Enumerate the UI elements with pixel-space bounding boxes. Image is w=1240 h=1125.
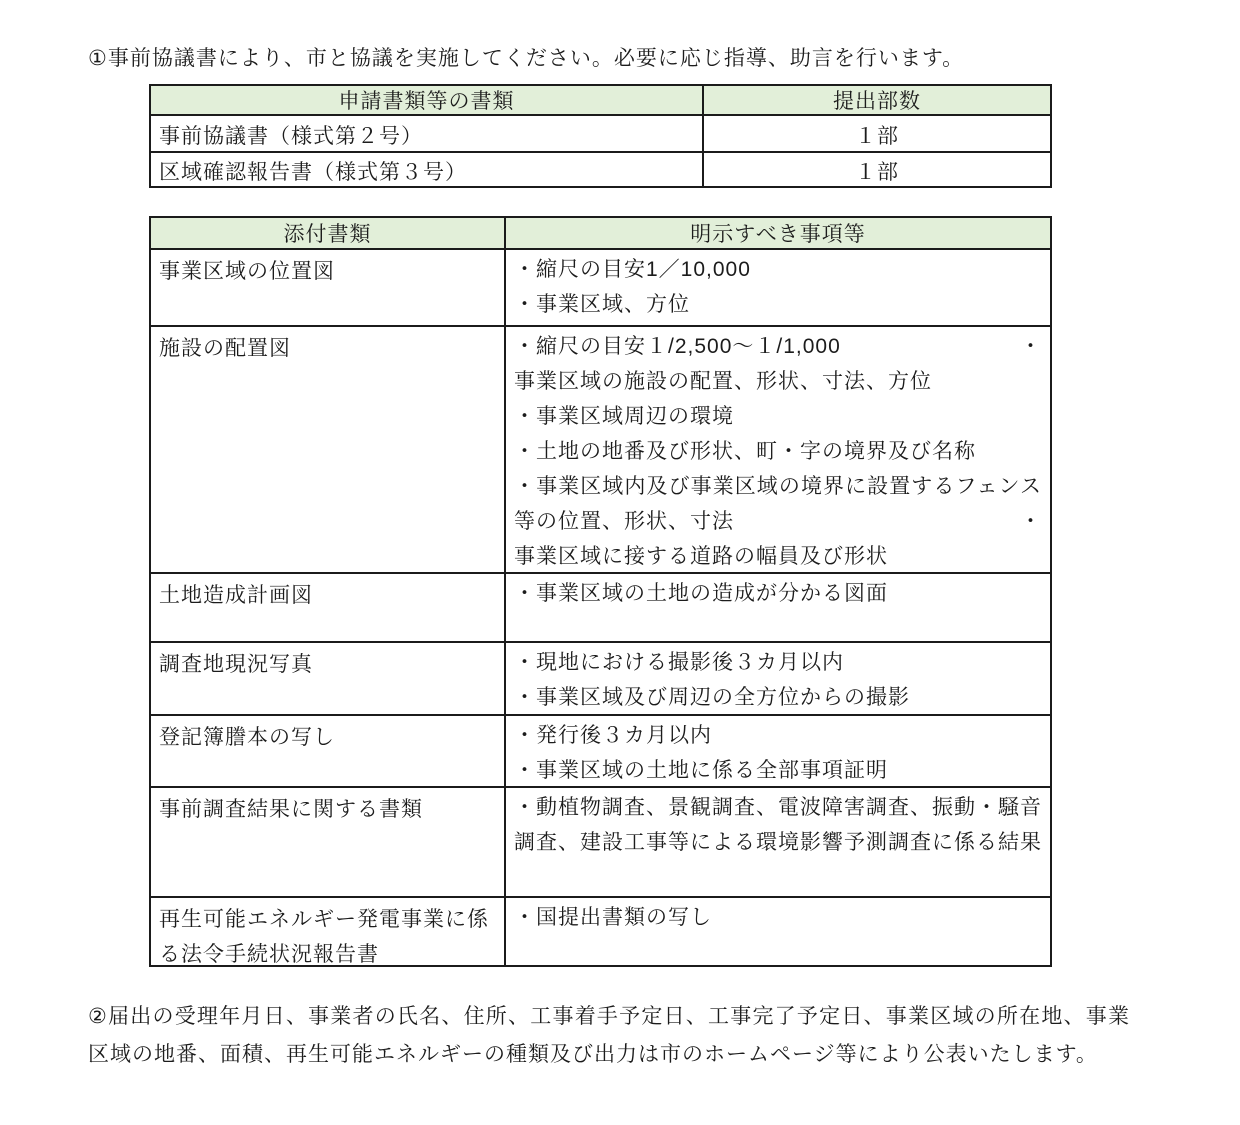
item-line: ・発行後３カ月以内 (514, 718, 1042, 753)
item-line: 等の位置、形状、寸法 ・ (514, 504, 1042, 539)
item-text: ・縮尺の目安１/2,500～１/1,000 (514, 329, 841, 364)
item-line: ・事業区域、方位 (514, 287, 1042, 322)
notice-line-1: ②届出の受理年月日、事業者の氏名、住所、工事着手予定日、工事完了予定日、事業区域… (88, 998, 1130, 1036)
table-cell-attachment-name: 土地造成計画図 (151, 574, 504, 643)
notice-line-2: 区域の地番、面積、再生可能エネルギーの種類及び出力は市のホームページ等により公表… (88, 1036, 1130, 1074)
table-cell-items: ・事業区域の土地の造成が分かる図面 (504, 574, 1050, 643)
item-line: ・国提出書類の写し (514, 900, 1042, 935)
column-header-attachment: 添付書類 (151, 218, 504, 250)
table-cell-items: ・縮尺の目安1／10,000 ・事業区域、方位 (504, 250, 1050, 327)
submission-documents-table: 申請書類等の書類 提出部数 事前協議書（様式第２号） １部 区域確認報告書（様式… (149, 84, 1052, 188)
document-page: ①事前協議書により、市と協議を実施してください。必要に応じ指導、助言を行います。… (0, 0, 1240, 1125)
column-header-copies: 提出部数 (702, 86, 1050, 116)
item-line: ・土地の地番及び形状、町・字の境界及び名称 (514, 434, 1042, 469)
table-cell-copies: １部 (702, 116, 1050, 153)
wrapped-bullet: ・ (1020, 504, 1042, 539)
table-cell-attachment-name: 登記簿謄本の写し (151, 716, 504, 788)
wrapped-bullet: ・ (1020, 329, 1042, 364)
table-cell-items: ・現地における撮影後３カ月以内 ・事業区域及び周辺の全方位からの撮影 (504, 643, 1050, 716)
table-cell-copies: １部 (702, 153, 1050, 186)
item-line: ・縮尺の目安１/2,500～１/1,000 ・ (514, 329, 1042, 364)
attachment-name: 調査地現況写真 (159, 645, 496, 682)
table-cell-items: ・国提出書類の写し (504, 898, 1050, 965)
column-header-document: 申請書類等の書類 (151, 86, 702, 116)
attachment-documents-table: 添付書類 明示すべき事項等 事業区域の位置図 ・縮尺の目安1／10,000 ・事… (149, 216, 1052, 967)
table-cell-document: 区域確認報告書（様式第３号） (151, 153, 702, 186)
table-cell-document: 事前協議書（様式第２号） (151, 116, 702, 153)
attachment-name: 施設の配置図 (159, 329, 496, 366)
table-cell-items: ・縮尺の目安１/2,500～１/1,000 ・ 事業区域の施設の配置、形状、寸法… (504, 327, 1050, 574)
attachment-name: 登記簿謄本の写し (159, 718, 496, 755)
table-cell-attachment-name: 再生可能エネルギー発電事業に係る法令手続状況報告書 (151, 898, 504, 965)
item-line: ・事業区域の土地に係る全部事項証明 (514, 753, 1042, 788)
column-header-items: 明示すべき事項等 (504, 218, 1050, 250)
item-line: ・事業区域及び周辺の全方位からの撮影 (514, 680, 1042, 715)
item-line: 事業区域の施設の配置、形状、寸法、方位 (514, 364, 1042, 399)
item-line: ・縮尺の目安1／10,000 (514, 252, 1042, 287)
table-cell-items: ・動植物調査、景観調査、電波障害調査、振動・騒音 調査、建設工事等による環境影響… (504, 788, 1050, 898)
item-line: ・事業区域周辺の環境 (514, 399, 1042, 434)
table-cell-items: ・発行後３カ月以内 ・事業区域の土地に係る全部事項証明 (504, 716, 1050, 788)
attachment-name: 事前調査結果に関する書類 (159, 790, 496, 827)
item-line: ・事業区域内及び事業区域の境界に設置するフェンス (514, 469, 1042, 504)
table-cell-attachment-name: 施設の配置図 (151, 327, 504, 574)
table-cell-attachment-name: 事前調査結果に関する書類 (151, 788, 504, 898)
intro-paragraph: ①事前協議書により、市と協議を実施してください。必要に応じ指導、助言を行います。 (88, 44, 1148, 74)
publication-notice-paragraph: ②届出の受理年月日、事業者の氏名、住所、工事着手予定日、工事完了予定日、事業区域… (88, 998, 1130, 1074)
table-cell-attachment-name: 事業区域の位置図 (151, 250, 504, 327)
attachment-name: 再生可能エネルギー発電事業に係る法令手続状況報告書 (159, 900, 496, 965)
item-line: 事業区域に接する道路の幅員及び形状 (514, 539, 1042, 574)
item-text: 等の位置、形状、寸法 (514, 504, 734, 539)
item-line: ・事業区域の土地の造成が分かる図面 (514, 576, 1042, 611)
item-line: ・動植物調査、景観調査、電波障害調査、振動・騒音 (514, 790, 1042, 825)
item-line: ・現地における撮影後３カ月以内 (514, 645, 1042, 680)
item-line: 調査、建設工事等による環境影響予測調査に係る結果 (514, 825, 1042, 860)
attachment-name: 事業区域の位置図 (159, 252, 496, 289)
table-cell-attachment-name: 調査地現況写真 (151, 643, 504, 716)
attachment-name: 土地造成計画図 (159, 576, 496, 613)
